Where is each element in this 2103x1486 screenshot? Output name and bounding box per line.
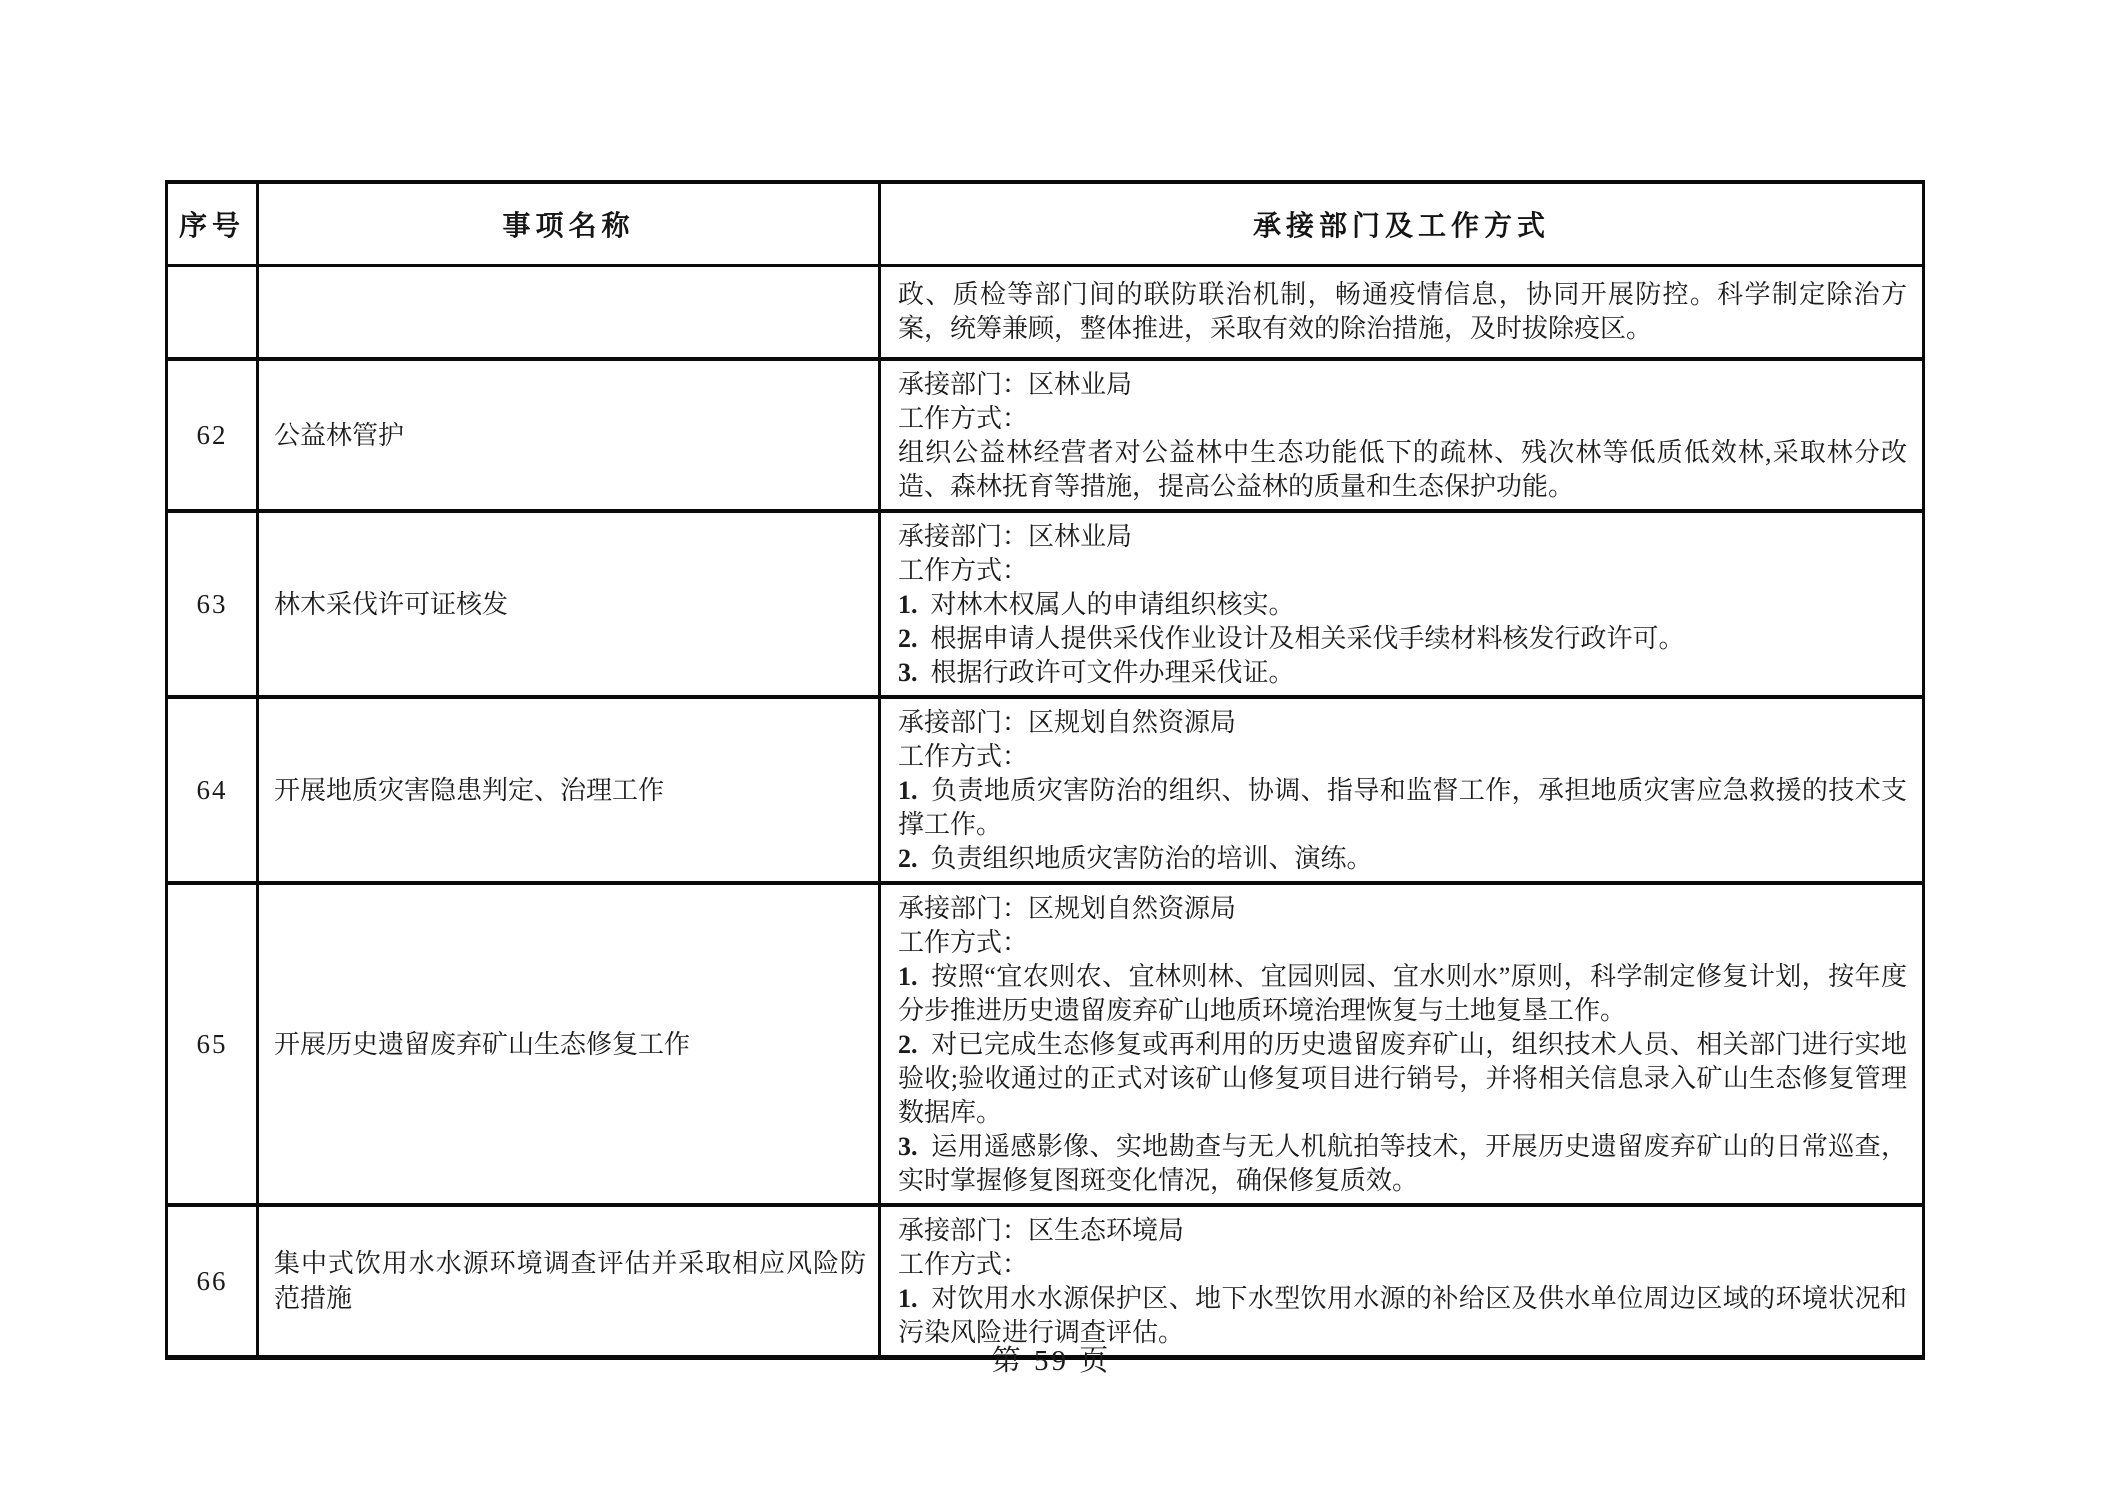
work-method-line: 工作方式： (898, 926, 1907, 960)
table-header-row: 序号 事项名称 承接部门及工作方式 (167, 182, 1924, 265)
work-method-line: 工作方式： (898, 402, 1907, 436)
item-name-cell: 开展历史遗留废弃矿山生态修复工作 (258, 883, 880, 1205)
work-method-cell: 承接部门：区规划自然资源局 工作方式： 1. 按照“宜农则农、宜林则林、宜园则园… (880, 883, 1924, 1205)
work-method-line: 承接部门：区林业局 (898, 368, 1907, 402)
seq-cell: 66 (167, 1205, 258, 1358)
item-name-cell: 集中式饮用水水源环境调查评估并采取相应风险防范措施 (258, 1205, 880, 1358)
work-method-line: 1. 按照“宜农则农、宜林则林、宜园则园、宜水则水”原则，科学制定修复计划，按年… (898, 960, 1907, 1028)
work-method-cell: 承接部门：区规划自然资源局 工作方式： 1. 负责地质灾害防治的组织、协调、指导… (880, 697, 1924, 883)
work-method-line: 承接部门：区生态环境局 (898, 1214, 1907, 1248)
item-name-cell (258, 265, 880, 359)
col-header-department-method: 承接部门及工作方式 (880, 182, 1924, 265)
table-row-63: 63 林木采伐许可证核发 承接部门：区林业局 工作方式： 1. 对林木权属人的申… (167, 511, 1924, 697)
work-method-cell: 承接部门：区林业局 工作方式： 1. 对林木权属人的申请组织核实。 2. 根据申… (880, 511, 1924, 697)
seq-cell: 65 (167, 883, 258, 1205)
work-method-cell: 承接部门：区生态环境局 工作方式： 1. 对饮用水水源保护区、地下水型饮用水源的… (880, 1205, 1924, 1358)
table-row-62: 62 公益林管护 承接部门：区林业局 工作方式： 组织公益林经营者对公益林中生态… (167, 359, 1924, 511)
work-method-line: 1. 对林木权属人的申请组织核实。 (898, 588, 1907, 622)
col-header-item-name: 事项名称 (258, 182, 880, 265)
work-method-cell: 政、质检等部门间的联防联治机制，畅通疫情信息，协同开展防控。科学制定除治方案，统… (880, 265, 1924, 359)
seq-cell: 64 (167, 697, 258, 883)
table-row-continuation: 政、质检等部门间的联防联治机制，畅通疫情信息，协同开展防控。科学制定除治方案，统… (167, 265, 1924, 359)
item-name-cell: 林木采伐许可证核发 (258, 511, 880, 697)
seq-cell (167, 265, 258, 359)
work-method-line: 工作方式： (898, 554, 1907, 588)
item-name-cell: 公益林管护 (258, 359, 880, 511)
work-method-line: 3. 根据行政许可文件办理采伐证。 (898, 656, 1907, 690)
work-method-cell: 承接部门：区林业局 工作方式： 组织公益林经营者对公益林中生态功能低下的疏林、残… (880, 359, 1924, 511)
work-method-line: 组织公益林经营者对公益林中生态功能低下的疏林、残次林等低质低效林,采取林分改造、… (898, 436, 1907, 504)
work-method-line: 工作方式： (898, 740, 1907, 774)
work-items-table: 序号 事项名称 承接部门及工作方式 政、质检等部门间的联防联治机制，畅通疫情信息… (165, 180, 1925, 1360)
work-method-line: 承接部门：区林业局 (898, 520, 1907, 554)
table-row-64: 64 开展地质灾害隐患判定、治理工作 承接部门：区规划自然资源局 工作方式： 1… (167, 697, 1924, 883)
work-method-line: 承接部门：区规划自然资源局 (898, 892, 1907, 926)
table-row-66: 66 集中式饮用水水源环境调查评估并采取相应风险防范措施 承接部门：区生态环境局… (167, 1205, 1924, 1358)
document-page: 序号 事项名称 承接部门及工作方式 政、质检等部门间的联防联治机制，畅通疫情信息… (0, 0, 2103, 1486)
work-method-line: 2. 对已完成生态修复或再利用的历史遗留废弃矿山，组织技术人员、相关部门进行实地… (898, 1028, 1907, 1130)
work-method-line: 政、质检等部门间的联防联治机制，畅通疫情信息，协同开展防控。科学制定除治方案，统… (898, 278, 1907, 346)
work-method-line: 3. 运用遥感影像、实地勘查与无人机航拍等技术，开展历史遗留废弃矿山的日常巡查，… (898, 1130, 1907, 1198)
seq-cell: 63 (167, 511, 258, 697)
col-header-seq: 序号 (167, 182, 258, 265)
page-number: 第 59 页 (0, 1338, 2103, 1379)
work-method-line: 2. 负责组织地质灾害防治的培训、演练。 (898, 842, 1907, 876)
work-method-line: 承接部门：区规划自然资源局 (898, 706, 1907, 740)
work-method-line: 1. 负责地质灾害防治的组织、协调、指导和监督工作，承担地质灾害应急救援的技术支… (898, 774, 1907, 842)
item-name-cell: 开展地质灾害隐患判定、治理工作 (258, 697, 880, 883)
seq-cell: 62 (167, 359, 258, 511)
work-method-line: 2. 根据申请人提供采伐作业设计及相关采伐手续材料核发行政许可。 (898, 622, 1907, 656)
work-method-line: 工作方式： (898, 1248, 1907, 1282)
table-row-65: 65 开展历史遗留废弃矿山生态修复工作 承接部门：区规划自然资源局 工作方式： … (167, 883, 1924, 1205)
